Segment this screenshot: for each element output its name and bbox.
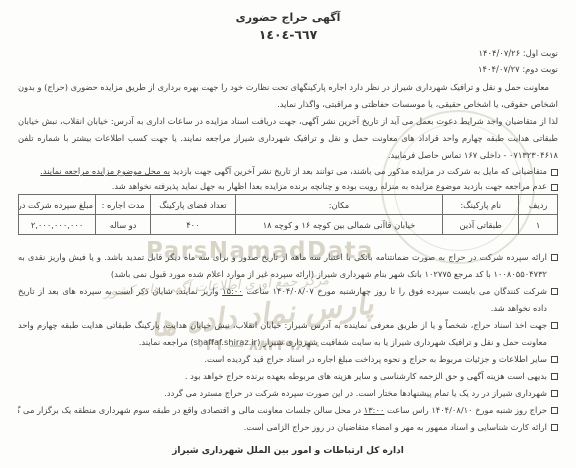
bullet-square-icon: [551, 322, 558, 329]
bullet-square-icon: [551, 373, 558, 380]
bullet-square-icon: [551, 407, 558, 414]
note-time-underlined: ۱۵:۰۰: [222, 286, 243, 296]
bottom-notes: ارائه سپرده شرکت در حراج به صورت ضمانتنا…: [18, 249, 558, 436]
bullet-square-icon: [551, 424, 558, 431]
cell-lease-term: دو ساله: [96, 215, 151, 235]
parking-table: ردیف نام پارکینگ: مکان: تعداد فضای پارکی…: [18, 194, 558, 235]
text-line: داده نخواهد شد.: [18, 300, 547, 317]
note-item-deposit: ارائه سپرده شرکت در حراج به صورت ضمانتنا…: [18, 249, 558, 283]
bullet-square-icon: [551, 288, 558, 295]
bullet-square-icon: [551, 184, 558, 191]
text-line: اشخاص حقوقی، یا اشخاص حقیقی، یا موسسات ح…: [18, 96, 558, 113]
notice-number: ٦٦٧-١٤٠٤: [18, 26, 558, 44]
cell-deposit: ۲,۰۰۰,۰۰۰,۰۰۰: [19, 215, 96, 235]
note-item: متقاضیانی که مایل به شرکت در مزایده مذکو…: [18, 164, 558, 179]
note-text: متقاضیانی که مایل به شرکت در مزایده مذکو…: [170, 166, 547, 176]
bullet-square-icon: [551, 356, 558, 363]
top-notes: متقاضیانی که مایل به شرکت در مزایده مذکو…: [18, 164, 558, 194]
note-item-costs: بدیهی است هزینه آگهی و حق الزحمه کارشناس…: [18, 368, 558, 385]
note-item: عدم مراجعه جهت بازدید موضوع مزایده به من…: [18, 179, 558, 194]
cell-row-number: ۱: [519, 215, 558, 235]
notice-title: آگهی حراج حضوری: [18, 10, 558, 26]
text-line: طبقاتی هدایت طبقه چهارم واحد قراداد های …: [18, 130, 558, 147]
note-item-auction-session: حراج روز شنبه مورخ ۱۴۰۴/۰۸/۱۰ راس ساعت ۱…: [18, 402, 558, 419]
text-line: ارائه کارت شناسایی و اسناد ممهور به مهر …: [18, 419, 547, 436]
note-text: در محل سالن جلسات معاونت مالی و اقتصادی …: [18, 405, 364, 415]
bullet-square-icon: [551, 254, 558, 261]
text-line: حراج روز شنبه مورخ ۱۴۰۴/۰۸/۱۰ راس ساعت ۱…: [18, 402, 547, 419]
issuer-signature: اداره کل ارتباطات و امور بین الملل شهردا…: [18, 444, 558, 458]
publication-dates: نوبت اول: ۱۴۰۴/۰۷/۲۶ نوبت دوم: ۱۴۰۴/۰۷/۲…: [18, 45, 558, 77]
column-header-deposit: مبلغ سپرده شرکت در حراج (ریال): [19, 195, 96, 215]
publication-date-first: نوبت اول: ۱۴۰۴/۰۷/۲۶: [18, 45, 558, 61]
note-item-other-info: سایر اطلاعات و جزئیات مربوط به حراج و نح…: [18, 351, 558, 368]
note-text-underlined: به محل موضوع مزایده مراجعه نمایند.: [40, 166, 170, 176]
text-line: لذا از متقاضیان واجد شرایط دعوت بعمل می …: [18, 113, 558, 130]
bullet-square-icon: [551, 390, 558, 397]
text-line: جهت اخذ اسناد حراج، شخصاً و یا از طریق م…: [18, 317, 547, 334]
column-header-row-number: ردیف: [519, 195, 558, 215]
note-item-id-required: ارائه کارت شناسایی و اسناد ممهور به مهر …: [18, 419, 558, 436]
text-line: متقاضیانی که مایل به شرکت در مزایده مذکو…: [18, 164, 547, 179]
note-text: شرکت کنندگان می بایست سپرده فوق را تا رو…: [243, 286, 547, 296]
cell-capacity: ۴۰۰: [151, 215, 236, 235]
text-line: معاونت حمل و نقل و ترافیک شهرداری شیراز …: [18, 79, 558, 96]
text-line: شرکت کنندگان می بایست سپرده فوق را تا رو…: [18, 283, 547, 300]
note-item-deadline: شرکت کنندگان می بایست سپرده فوق را تا رو…: [18, 283, 558, 317]
contact-phone-line: ۰۷۱۳۲۳۰۴۶۱۸ - داخلی ۱۶۷ تماس حاصل فرمایی…: [18, 147, 558, 164]
publication-date-second: نوبت دوم: ۱۴۰۴/۰۷/۲۷: [18, 61, 558, 77]
cell-parking-name: طبقاتی آذین: [443, 215, 519, 235]
column-header-lease-term: مدت اجاره :: [96, 195, 151, 215]
text-line: بدیهی است هزینه آگهی و حق الزحمه کارشناس…: [18, 368, 547, 385]
text-line: عدم مراجعه جهت بازدید موضوع مزایده به من…: [18, 179, 547, 194]
cell-location: خیابان قاآنی شمالی بین کوچه ۱۶ و کوچه ۱۸: [235, 215, 443, 235]
column-header-capacity: تعداد فضای پارکینگ: [151, 195, 236, 215]
column-header-parking-name: نام پارکینگ:: [443, 195, 519, 215]
column-header-location: مکان:: [235, 195, 443, 215]
note-time-underlined: ۱۳:۰۰: [364, 405, 385, 415]
note-text: حراج روز شنبه مورخ ۱۴۰۴/۰۸/۱۰ راس ساعت: [384, 405, 547, 415]
text-line: ۱۰۰۸۰۵۵۰۴۷۳۲ با کد مرجع ۱۰۲۷۷۵ بانک شهر …: [18, 266, 547, 283]
table-row: ۱ طبقاتی آذین خیابان قاآنی شمالی بین کوچ…: [19, 215, 558, 235]
table-header-row: ردیف نام پارکینگ: مکان: تعداد فضای پارکی…: [19, 195, 558, 215]
text-line: شهرداری شیراز در رد یک یا تمام پیشنهادها…: [18, 385, 547, 402]
note-item-documents: جهت اخذ اسناد حراج، شخصاً و یا از طریق م…: [18, 317, 558, 351]
invitation-paragraph: لذا از متقاضیان واجد شرایط دعوت بعمل می …: [18, 113, 558, 164]
text-line-with-url: معاونت حمل و نقل و ترافیک شهرداری شیراز …: [18, 334, 547, 351]
text-line: سایر اطلاعات و جزئیات مربوط به حراج و نح…: [18, 351, 547, 368]
text-line: ارائه سپرده شرکت در حراج به صورت ضمانتنا…: [18, 249, 547, 266]
note-item-rejection-right: شهرداری شیراز در رد یک یا تمام پیشنهادها…: [18, 385, 558, 402]
bullet-square-icon: [551, 169, 558, 176]
notice-content: آگهی حراج حضوری ٦٦٧-١٤٠٤ نوبت اول: ۱۴۰۴/…: [0, 10, 576, 458]
auction-notice-document: { "header": { "title": "آگهی حراج حضوری"…: [0, 0, 576, 468]
intro-paragraph: معاونت حمل و نقل و ترافیک شهرداری شیراز …: [18, 79, 558, 113]
